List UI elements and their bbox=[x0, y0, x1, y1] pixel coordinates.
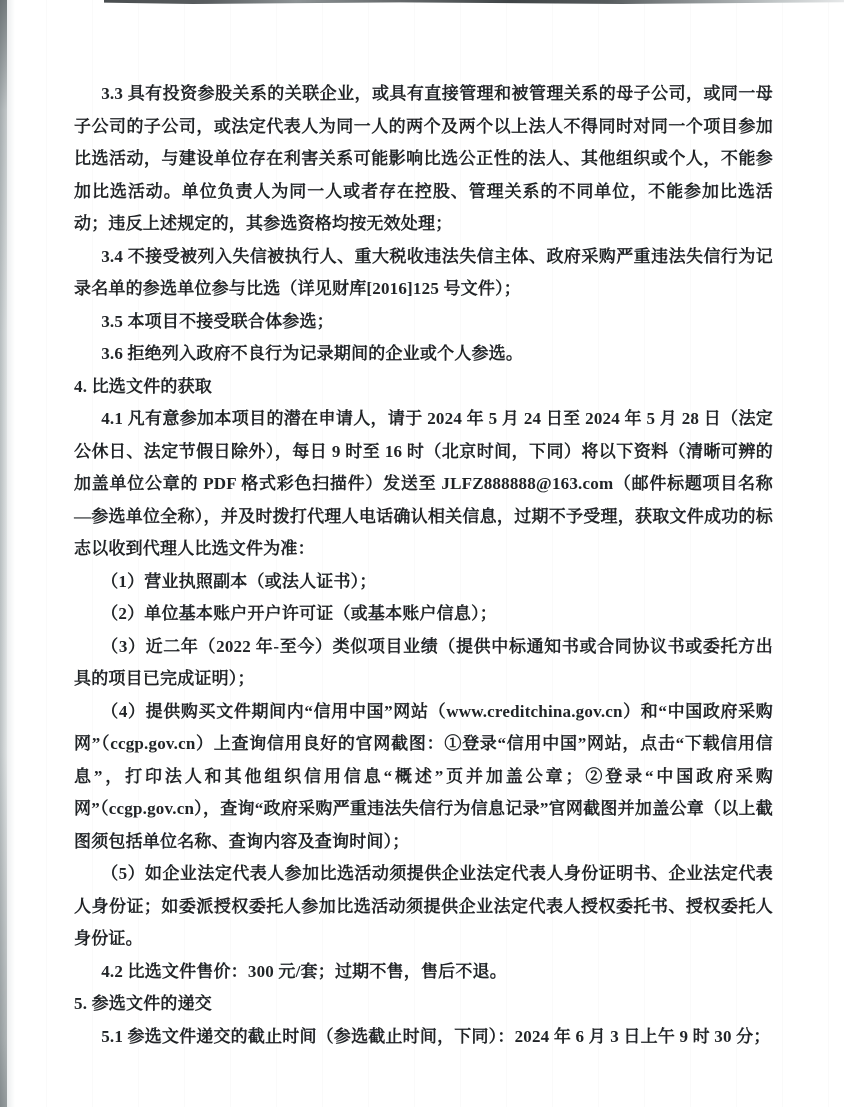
clause-4-1: 4.1 凡有意参加本项目的潜在申请人，请于 2024 年 5 月 24 日至 2… bbox=[74, 403, 773, 566]
item-4: （4）提供购买文件期间内“信用中国”网站（www.creditchina.gov… bbox=[74, 696, 773, 859]
item-5: （5）如企业法定代表人参加比选活动须提供企业法定代表人身份证明书、企业法定代表人… bbox=[74, 858, 773, 956]
scan-edge-left bbox=[0, 0, 7, 1107]
clause-3-4: 3.4 不接受被列入失信被执行人、重大税收违法失信主体、政府采购严重违法失信行为… bbox=[74, 241, 773, 306]
scanned-document-page: 3.3 具有投资参股关系的关联企业，或具有直接管理和被管理关系的母子公司，或同一… bbox=[0, 0, 844, 1107]
clause-5-1: 5.1 参选文件递交的截止时间（参选截止时间，下同）：2024 年 6 月 3 … bbox=[74, 1021, 773, 1054]
clause-3-5: 3.5 本项目不接受联合体参选； bbox=[74, 306, 773, 339]
clause-3-6: 3.6 拒绝列入政府不良行为记录期间的企业或个人参选。 bbox=[74, 338, 773, 371]
item-3: （3）近二年（2022 年-至今）类似项目业绩（提供中标通知书或合同协议书或委托… bbox=[74, 631, 773, 696]
clause-4-2: 4.2 比选文件售价：300 元/套；过期不售，售后不退。 bbox=[74, 956, 773, 989]
scan-edge-top bbox=[104, 0, 844, 4]
section-4-heading: 4. 比选文件的获取 bbox=[74, 371, 773, 404]
document-body: 3.3 具有投资参股关系的关联企业，或具有直接管理和被管理关系的母子公司，或同一… bbox=[74, 78, 773, 1053]
item-2: （2）单位基本账户开户许可证（或基本账户信息）； bbox=[74, 598, 773, 631]
scan-edge-left-shadow bbox=[7, 0, 15, 1107]
clause-3-3: 3.3 具有投资参股关系的关联企业，或具有直接管理和被管理关系的母子公司，或同一… bbox=[74, 78, 773, 241]
item-1: （1）营业执照副本（或法人证书）； bbox=[74, 566, 773, 599]
section-5-heading: 5. 参选文件的递交 bbox=[74, 988, 773, 1021]
